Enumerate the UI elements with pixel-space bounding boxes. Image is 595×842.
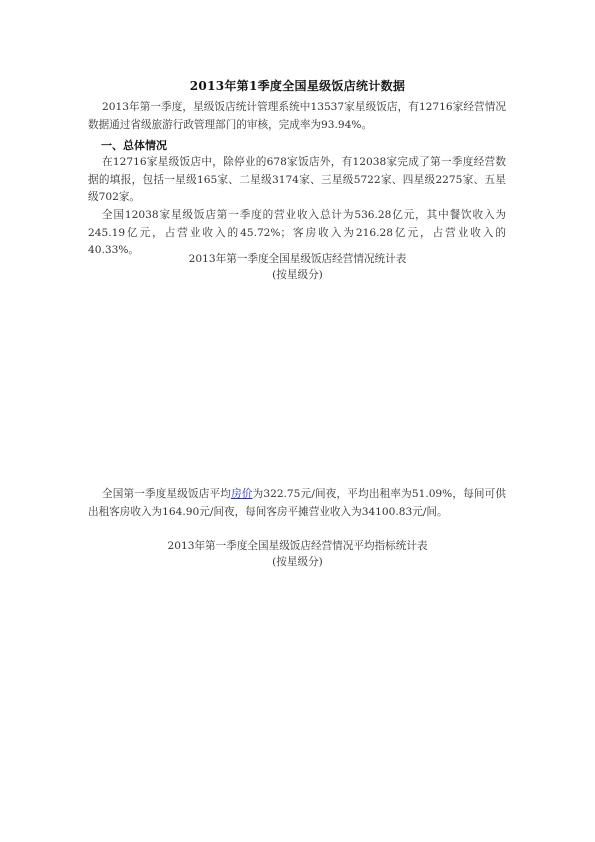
intro-paragraph: 2013年第一季度，星级饭店统计管理系统中13537家星级饭店，有12716家经… — [88, 99, 506, 134]
average-indicators-paragraph: 全国第一季度星级饭店平均房价为322.75元/间夜，平均出租率为51.09%，每… — [88, 486, 506, 521]
table1-image-placeholder — [88, 290, 506, 480]
room-price-link[interactable]: 房价 — [231, 488, 253, 500]
table1-caption: 2013年第一季度全国星级饭店经营情况统计表 — [0, 251, 595, 267]
overview-paragraph-1: 在12716家星级饭店中，除停业的678家饭店外，有12038家完成了第一季度经… — [88, 154, 506, 207]
document-page: 2013年第1季度全国星级饭店统计数据 2013年第一季度，星级饭店统计管理系统… — [0, 0, 595, 842]
para3-text-before: 全国第一季度星级饭店平均 — [102, 488, 231, 500]
table1-subcaption: (按星级分) — [0, 267, 595, 283]
table2-image-placeholder — [88, 575, 506, 815]
document-title: 2013年第1季度全国星级饭店统计数据 — [0, 77, 595, 94]
table2-subcaption: (按星级分) — [0, 554, 595, 570]
section-heading-overview: 一、总体情况 — [101, 137, 167, 153]
table2-caption: 2013年第一季度全国星级饭店经营情况平均指标统计表 — [0, 538, 595, 554]
